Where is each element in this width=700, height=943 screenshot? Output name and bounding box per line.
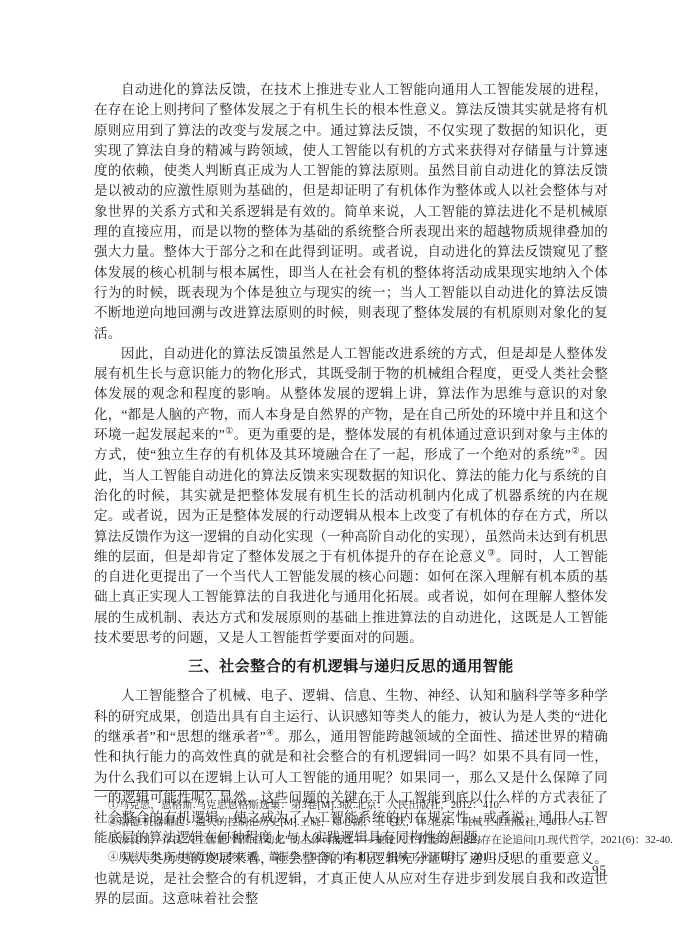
paragraph-2: 因此，自动进化的算法反馈虽然是人工智能改进系统的方式，但是却是人整体发展有机生长… <box>94 344 608 648</box>
footnote-4: ④库兹韦尔.奇点临近[M].李庆诚，董振华，田源，译.北京：机械工业出版社，20… <box>108 849 646 866</box>
page-number: 95 <box>592 862 607 878</box>
footnote-2: ②瑞德.机器崛起：遗失的控制论历史[M].王晓，郑心湖，王飞跃，译.北京：机械工… <box>108 814 646 831</box>
footnote-separator <box>94 790 230 791</box>
article-body: 自动进化的算法反馈，在技术上推进专业人工智能向通用人工智能发展的进程，在存在论上… <box>94 80 608 910</box>
paper-page: 自动进化的算法反馈，在技术上推进专业人工智能向通用人工智能发展的进程，在存在论上… <box>0 0 700 943</box>
footnote-3: ③涂良川，乔良.人工智能“高阶自动化”的主体可能性——兼论人工智能奇点论的存在论… <box>108 832 646 849</box>
footnote-1: ①马克思，恩格斯.马克思恩格斯选集：第3卷[M].3版.北京：人民出版社，201… <box>108 797 646 814</box>
footnote-list: ①马克思，恩格斯.马克思恩格斯选集：第3卷[M].3版.北京：人民出版社，201… <box>94 797 646 867</box>
footnotes-section: ①马克思，恩格斯.马克思恩格斯选集：第3卷[M].3版.北京：人民出版社，201… <box>94 790 646 867</box>
section-heading: 三、社会整合的有机逻辑与递归反思的通用智能 <box>94 656 608 678</box>
paragraph-1: 自动进化的算法反馈，在技术上推进专业人工智能向通用人工智能发展的进程，在存在论上… <box>94 80 608 344</box>
